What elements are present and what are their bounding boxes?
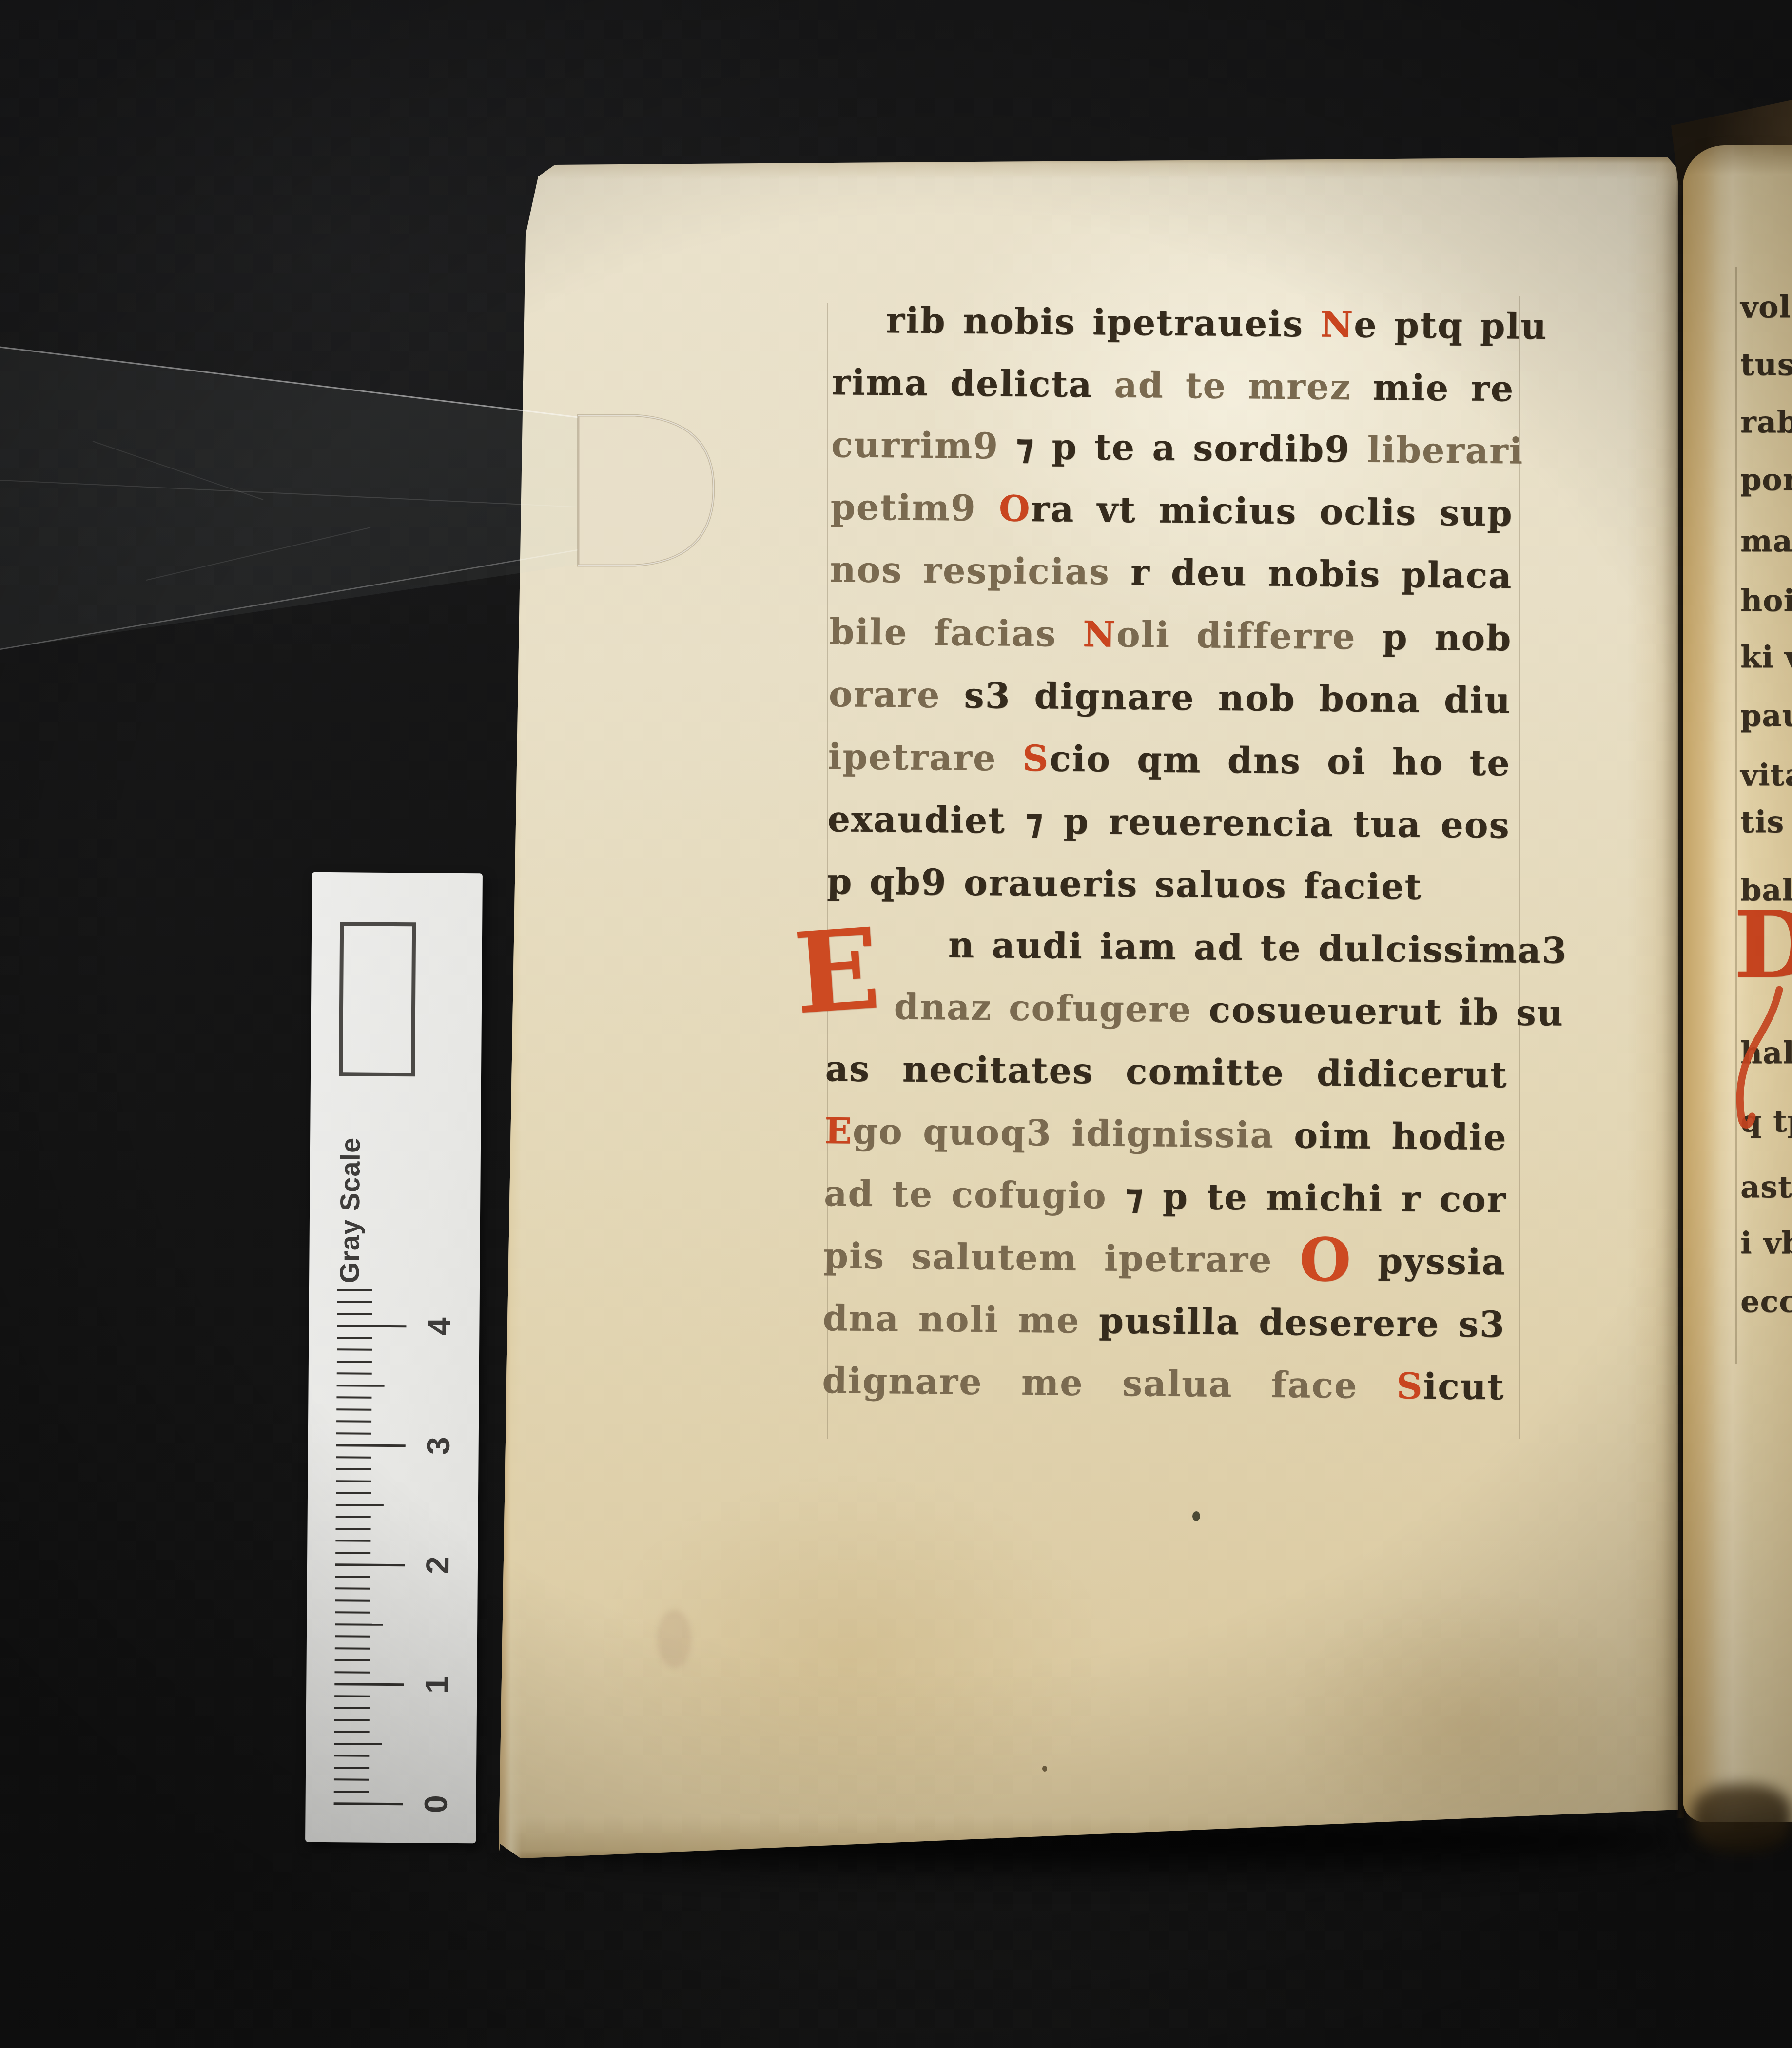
ruler-tick — [337, 1385, 385, 1387]
text-segment: cosueuerut ib su — [1208, 989, 1564, 1034]
text-segment: go quoq3 idignissia — [853, 1110, 1294, 1156]
ruler-tick — [335, 1659, 370, 1661]
ruler-tick — [334, 1731, 370, 1733]
text-segment: dna noli me — [822, 1297, 1099, 1342]
ruler-tick — [334, 1683, 404, 1686]
ruler-tick — [336, 1444, 406, 1447]
ruler-tick — [337, 1289, 372, 1291]
text-segment: pis salutem ipetrare — [823, 1235, 1300, 1281]
ruler-tick — [336, 1408, 371, 1411]
gray-scale-card: Gray Scale 01234 — [305, 872, 483, 1843]
ruler-tick — [336, 1528, 371, 1530]
ruler-tick — [337, 1361, 372, 1363]
manuscript-text-line: n audi iam ad te dulcissima3 — [826, 913, 1509, 981]
gray-patch-dark — [343, 1021, 411, 1073]
ruler-tick — [335, 1623, 383, 1626]
ruler-tick — [334, 1719, 370, 1721]
manuscript-page-recto-sliver: D volatus drab apomlma fhoieki vpauvitat… — [1683, 145, 1792, 1822]
ruler-tick — [337, 1337, 372, 1339]
ruling-line-recto — [1735, 267, 1737, 1364]
manuscript-text-line: rib nobis ipetraueis Ne ptq plu — [832, 289, 1515, 357]
recto-text-fragment: vita — [1740, 757, 1792, 793]
manuscript-text-line: ipetrare Scio qm dns oi ho te — [828, 725, 1511, 794]
manuscript-text-line: p qb9 oraueris saluos faciet — [827, 850, 1510, 919]
manuscript-text-line: nos respicias r deu nobis placa — [830, 538, 1513, 607]
text-segment: p nob — [1382, 616, 1512, 660]
gray-patch-box — [339, 922, 416, 1076]
text-segment: ra vt micius oclis sup — [1031, 488, 1513, 534]
manuscript-page-verso: E rib nobis ipetraueis Ne ptq plurima de… — [496, 157, 1681, 1861]
manuscript-text-block: rib nobis ipetraueis Ne ptq plurima deli… — [822, 289, 1515, 1418]
ruler-tick — [337, 1313, 372, 1315]
stain-speck — [657, 1610, 691, 1668]
text-segment: oli differre — [1116, 614, 1383, 658]
ruler-tick — [336, 1396, 371, 1399]
ruler-tick — [336, 1504, 384, 1506]
ruler-tick — [334, 1695, 370, 1697]
ruler-number: 4 — [422, 1309, 456, 1343]
ruler-tick — [336, 1432, 371, 1435]
text-segment: ⁊ p te a sordib9 — [1015, 426, 1367, 471]
ruler-tick — [334, 1743, 382, 1745]
recto-text-fragment: ma f — [1740, 523, 1792, 559]
text-segment: petim9 — [830, 486, 999, 529]
ruler-tick — [336, 1492, 371, 1494]
recto-text-fragment: balce — [1740, 872, 1792, 908]
text-segment: r deu nobis placa — [1130, 551, 1513, 597]
text-segment: liberari — [1367, 429, 1524, 472]
text-segment: p qb9 oraueris saluos faciet — [827, 860, 1422, 908]
ruler-tick — [334, 1755, 369, 1757]
ruler-tick — [334, 1671, 370, 1674]
text-segment: oim hodie — [1294, 1114, 1507, 1158]
manuscript-text-line: Ego quoq3 idignissia oim hodie — [824, 1100, 1507, 1169]
text-segment: nos respicias — [830, 548, 1131, 593]
ruler-tick — [336, 1420, 371, 1423]
rubricated-letter: S — [1022, 738, 1050, 780]
text-segment: dnaz cofugere — [894, 986, 1209, 1031]
manuscript-text-line: petim9 Ora vt micius oclis sup — [830, 476, 1513, 545]
manuscript-text-line: exaudiet ⁊ p reuerencia tua eos — [827, 788, 1510, 857]
manuscript-text-line: as necitates comitte didicerut — [825, 1037, 1508, 1106]
recto-text-fragment: asti g — [1740, 1169, 1792, 1205]
ruler-tick — [336, 1516, 371, 1518]
manuscript-text-line: dna noli me pusilla deserere s3 — [822, 1287, 1505, 1356]
text-segment: exaudiet ⁊ p reuerencia tua eos — [827, 798, 1510, 846]
ruler-number: 2 — [420, 1548, 454, 1582]
text-segment: dignare me salua face — [822, 1360, 1397, 1407]
rubricated-letter: E — [824, 1110, 853, 1152]
gray-patch-white — [344, 926, 412, 972]
text-segment: e ptq plu — [1354, 304, 1548, 348]
text-segment: n audi iam ad te dulcissima3 — [948, 924, 1568, 972]
recto-text-fragment: q tpe — [1740, 1103, 1792, 1139]
manuscript-text-line: dignare me salua face Sicut — [822, 1349, 1505, 1418]
text-segment: cio qm dns oi ho te — [1049, 738, 1511, 784]
manuscript-text-line: orare s3 dignare nob bona diu — [828, 663, 1511, 732]
ruler-tick — [335, 1552, 370, 1554]
ruler-tick — [336, 1468, 371, 1470]
text-segment: currim9 — [831, 424, 1016, 468]
recto-text-fragment: pau — [1740, 698, 1792, 733]
rubricated-letter: O — [999, 488, 1031, 530]
text-segment: ad te mrez — [1114, 364, 1373, 409]
recto-text-fragment: i vbi — [1740, 1225, 1792, 1261]
ruler-tick — [337, 1348, 372, 1351]
ruler-tick — [335, 1611, 370, 1614]
ruler-tick — [334, 1802, 403, 1805]
recto-text-fragment: ki v — [1740, 639, 1792, 675]
text-segment: orare — [829, 673, 964, 717]
stain-speck — [1042, 1766, 1047, 1772]
ruler-number: 3 — [421, 1428, 455, 1463]
text-segment: s3 dignare nob bona diu — [964, 675, 1511, 722]
ruler-tick — [335, 1599, 370, 1602]
recto-text-fragment: tis so — [1740, 804, 1792, 839]
ruler-tick — [334, 1778, 369, 1781]
text-segment: as necitates comitte didicerut — [825, 1048, 1508, 1096]
text-segment: rima delicta — [832, 361, 1114, 406]
manuscript-text-line: currim9 ⁊ p te a sordib9 liberari — [831, 413, 1514, 482]
ruler-tick — [336, 1480, 371, 1482]
text-segment: pusilla deserere s3 — [1099, 1300, 1506, 1346]
text-segment: ad te cofugio — [824, 1172, 1126, 1217]
ruler-tick — [335, 1647, 370, 1650]
ruler-number: 1 — [419, 1667, 453, 1701]
ruler-number: 0 — [418, 1787, 452, 1821]
gray-patch-mid — [343, 972, 412, 1022]
manuscript-text-line: rima delicta ad te mrez mie re — [832, 351, 1515, 420]
text-segment: ipetrare — [828, 736, 1023, 780]
ruler-tick — [335, 1576, 370, 1578]
ruler-tick — [334, 1767, 369, 1769]
recto-text-fragment: ecce — [1740, 1284, 1792, 1319]
ruler-tick — [334, 1791, 369, 1793]
recto-text-fragment: hoie — [1740, 583, 1792, 618]
text-segment: ⁊ p te michi r cor — [1125, 1175, 1507, 1221]
recto-text-fragment: vola — [1740, 289, 1792, 325]
recto-text-fragment: poml — [1740, 462, 1792, 497]
rubricated-letter: N — [1083, 613, 1117, 656]
text-segment: pyssia — [1351, 1240, 1506, 1283]
ruler-tick — [334, 1707, 370, 1709]
text-segment: rib nobis ipetraueis — [886, 299, 1321, 346]
text-segment: bile facias — [829, 611, 1083, 655]
manuscript-text-line: pis salutem ipetrare O pyssia — [823, 1225, 1506, 1293]
ruler-tick — [335, 1635, 370, 1638]
ruler-tick — [335, 1540, 370, 1542]
ruler-tick — [337, 1372, 372, 1375]
recto-bottom-shadow — [1692, 1784, 1792, 1853]
ruler-tick — [337, 1301, 372, 1303]
recto-text-fragment: halse — [1740, 1035, 1792, 1071]
ruler-tick — [335, 1563, 405, 1566]
red-initial-recto: D — [1734, 898, 1792, 991]
manuscript-text-line: bile facias Noli differre p nob — [829, 601, 1512, 669]
rubricated-letter: O — [1299, 1224, 1352, 1295]
manuscript-text-line: dnaz cofugere cosueuerut ib su — [825, 975, 1508, 1044]
stain-speck — [1192, 1511, 1200, 1521]
ruler-tick — [335, 1587, 370, 1590]
recto-text-fragment: tus d — [1740, 347, 1792, 382]
rubricated-letter: N — [1320, 304, 1354, 346]
manuscript-text-line: ad te cofugio ⁊ p te michi r cor — [824, 1162, 1507, 1231]
rubricated-letter: S — [1396, 1365, 1423, 1407]
ruler-tick — [337, 1325, 406, 1327]
text-segment: mie re — [1372, 367, 1514, 410]
text-segment: icut — [1423, 1365, 1505, 1408]
gray-scale-label: Gray Scale — [333, 1112, 369, 1283]
ruler-tick — [336, 1456, 371, 1459]
recto-text-fragment: rab a — [1740, 404, 1792, 440]
